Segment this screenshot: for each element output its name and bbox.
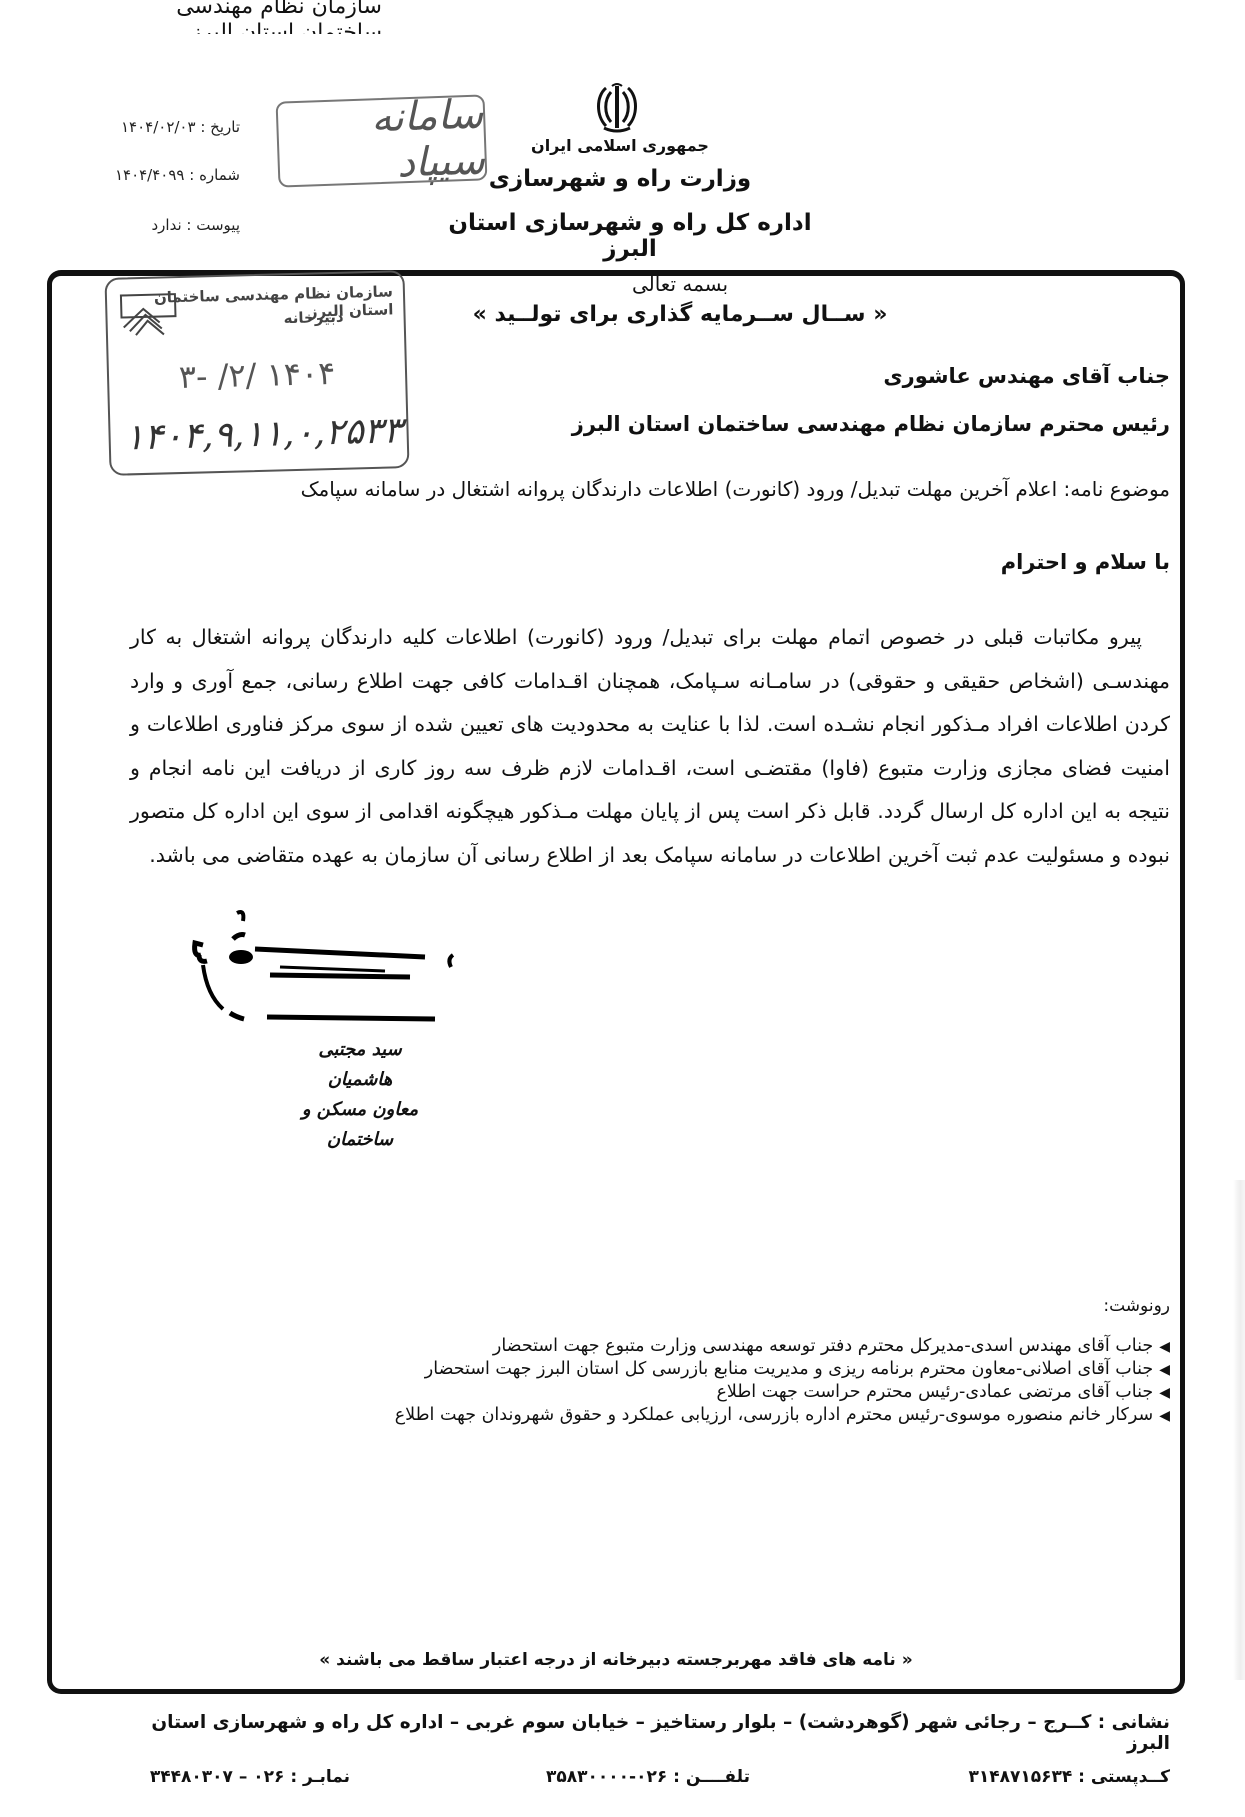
postal-label: کــدپستی : [1078,1767,1170,1787]
date-label: تاریخ : [200,118,240,136]
date-value: ۱۴۰۴/۰۲/۰۳ [121,118,196,136]
number-label: شماره : [189,166,240,184]
footer-address: نشانی : کــرج – رجائی شهر (گوهردشت) – بل… [130,1712,1170,1754]
signatory: سید مجتبی هاشمیان معاون مسکن و ساختمان [290,1035,430,1155]
postal-value: ۳۱۴۸۷۱۵۶۳۴ [968,1767,1072,1787]
number-value: ۱۴۰۴/۴۰۹۹ [115,166,185,184]
department-name: اداره کل راه و شهرسازی استان البرز [420,210,840,262]
signatory-name: سید مجتبی هاشمیان [290,1035,430,1095]
letter-body: پیرو مکاتبات قبلی در خصوص اتمام مهلت برا… [130,616,1170,877]
postal-code: کــدپستی : ۳۱۴۸۷۱۵۶۳۴ [968,1767,1170,1787]
addressee-name: جناب آقای مهندس عاشوری [883,364,1170,388]
scan-edge-shadow [1233,1180,1245,1680]
greeting: با سلام و احترام [1001,550,1170,574]
triangle-bullet-icon: ◀ [1159,1339,1170,1355]
year-slogan: « ســال ســرمایه گذاری برای تولــید » [380,302,980,327]
triangle-bullet-icon: ◀ [1159,1385,1170,1401]
cc-item: ◀جناب آقای مهندس اسدی-مدیرکل محترم دفتر … [370,1335,1170,1358]
cc-item: ◀جناب آقای اصلانی-معاون محترم برنامه ریز… [370,1358,1170,1381]
top-header-line1: سازمان نظام مهندسی [112,0,382,20]
addressee-title: رئیس محترم سازمان نظام مهندسی ساختمان اس… [572,412,1170,436]
number-row: شماره : ۱۴۰۴/۴۰۹۹ [80,166,240,184]
top-header-line2: ساختمان استان البرز [112,20,382,34]
phone-value: ۰۲۶-۳۵۸۳۰۰۰۰ [546,1767,667,1787]
receipt-stamp-number: ۱۴۰۴,۹,۱۱,۰,۲۵۳۳ [124,410,403,458]
signatory-title: معاون مسکن و ساختمان [290,1095,430,1155]
fax-label: نمابـر : [290,1767,350,1787]
ministry-name: وزارت راه و شهرسازی [430,166,810,192]
triangle-bullet-icon: ◀ [1159,1362,1170,1378]
fax-value: ۰۲۶ – ۳۴۴۸۰۳۰۷ [150,1767,285,1787]
phone-label: تلفــــن : [673,1767,750,1787]
iran-emblem-icon [592,82,642,134]
country-name: جمهوری اسلامی ایران [430,136,810,155]
receipt-stamp-date: ۱۴۰۴ /۲/ -۳ [109,352,406,398]
letter-subject: موضوع نامه: اعلام آخرین مهلت تبدیل/ ورود… [270,477,1170,501]
engineering-org-logo-icon [119,292,178,338]
receipt-stamp-office: دبیرخانه [283,308,343,328]
cc-item: ◀جناب آقای مرتضی عمادی-رئیس محترم حراست … [370,1381,1170,1404]
top-header: سازمان نظام مهندسی ساختمان استان البرز [112,0,382,34]
attachment-row: پیوست : ندارد [80,216,240,234]
cc-list: ◀جناب آقای مهندس اسدی-مدیرکل محترم دفتر … [370,1335,1170,1427]
date-row: تاریخ : ۱۴۰۴/۰۲/۰۳ [80,118,240,136]
validity-notice: « نامه های فاقد مهربرجسته دبیرخانه از در… [47,1650,1185,1670]
cc-item: ◀سرکار خانم منصوره موسوی-رئیس محترم ادار… [370,1404,1170,1427]
receipt-stamp: سازمان نظام مهندسی ساختمان استان البرز د… [104,270,409,476]
fax: نمابـر : ۰۲۶ – ۳۴۴۸۰۳۰۷ [150,1767,350,1787]
attachment-label: پیوست : [186,216,240,234]
phone: تلفــــن : ۰۲۶-۳۵۸۳۰۰۰۰ [546,1767,750,1787]
cc-title: رونوشت: [1103,1296,1170,1316]
attachment-value: ندارد [152,216,182,234]
invocation: بسمه تعالی [380,272,980,296]
triangle-bullet-icon: ◀ [1159,1408,1170,1424]
